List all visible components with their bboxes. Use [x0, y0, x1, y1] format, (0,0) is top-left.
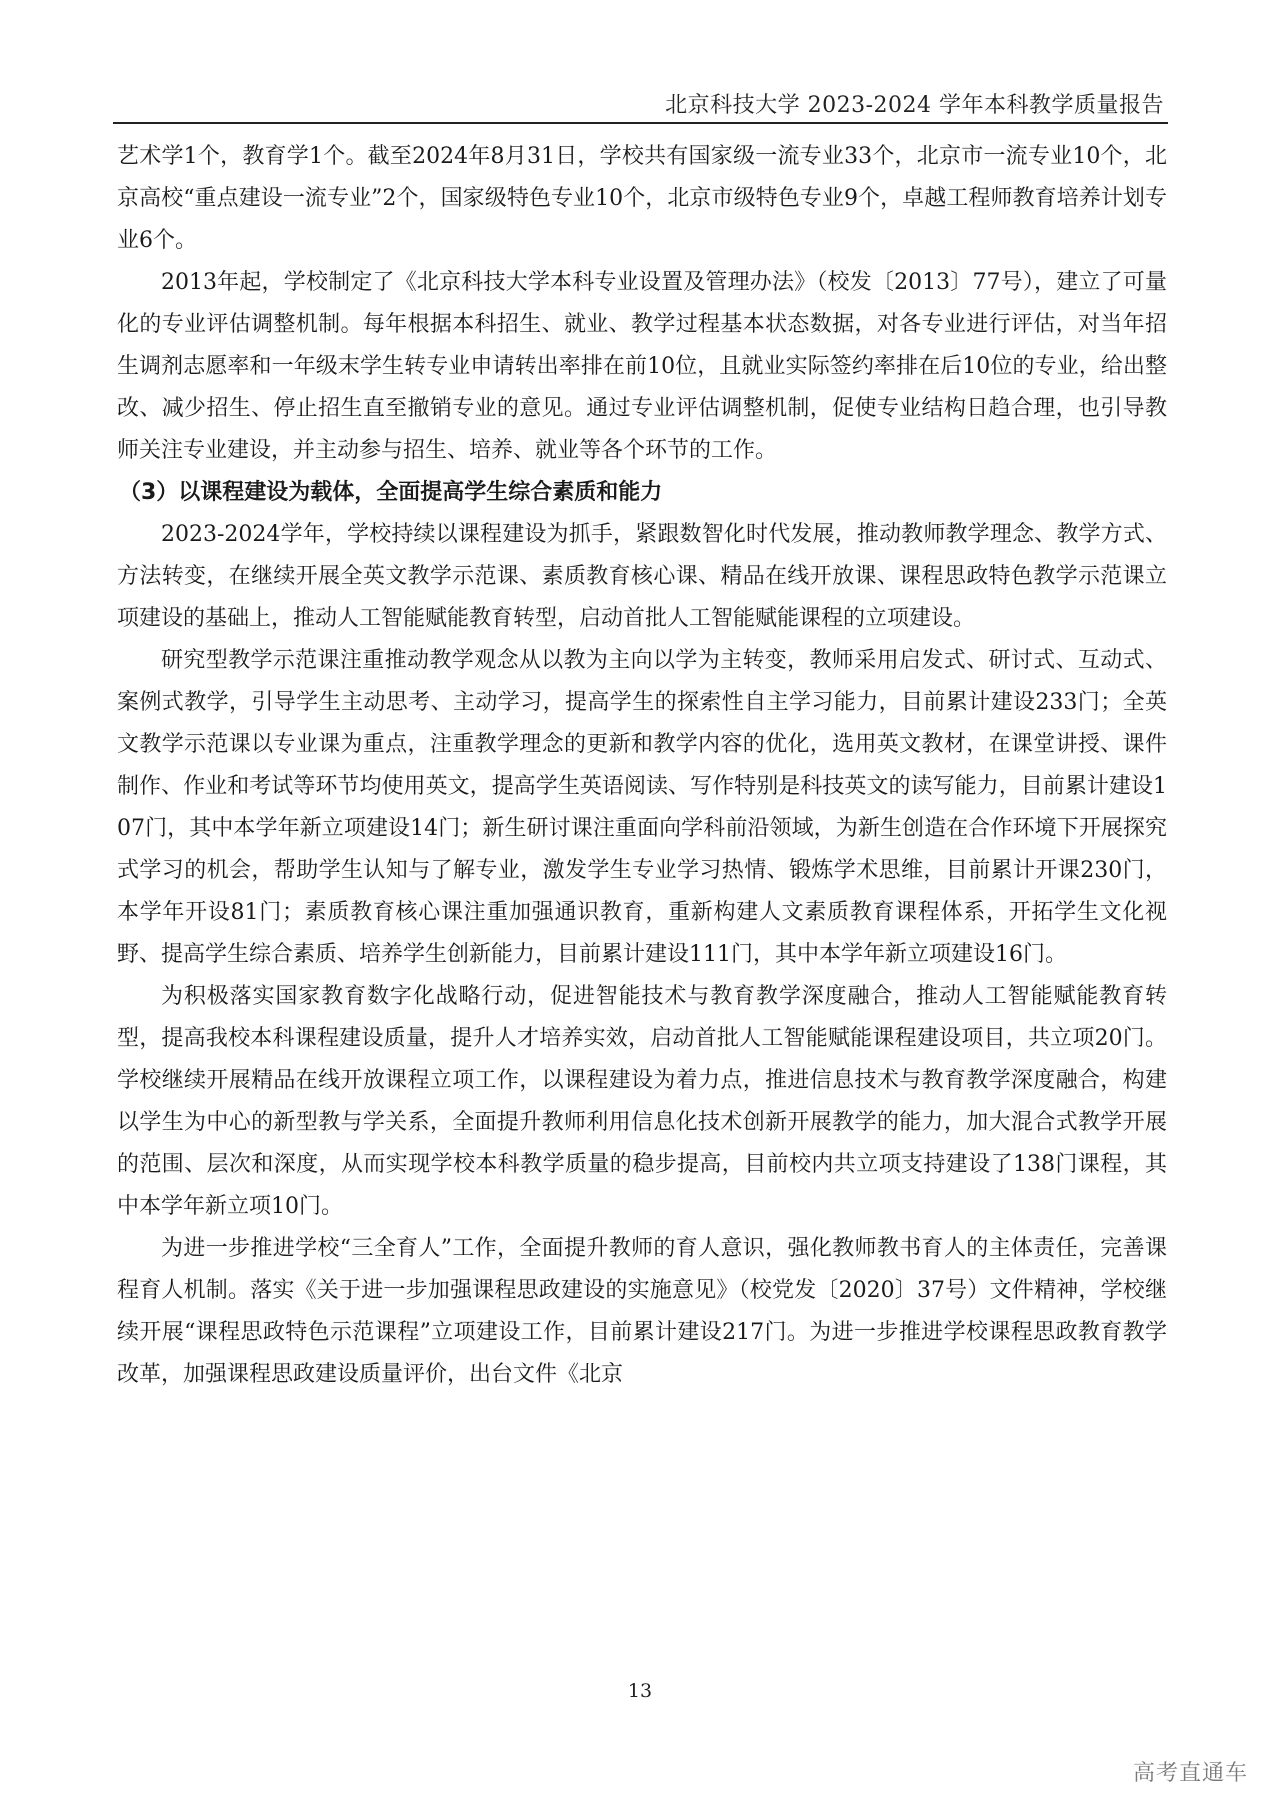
report-title: 北京科技大学 2023-2024 学年本科教学质量报告: [665, 88, 1164, 119]
paragraph-2: 2013年起，学校制定了《北京科技大学本科专业设置及管理办法》（校发〔2013〕…: [117, 262, 1167, 472]
paragraph-1: 艺术学1个，教育学1个。截至2024年8月31日，学校共有国家级一流专业33个，…: [117, 136, 1167, 262]
document-body: 艺术学1个，教育学1个。截至2024年8月31日，学校共有国家级一流专业33个，…: [117, 136, 1167, 1396]
watermark: 高考直通车: [1133, 1756, 1248, 1787]
paragraph-4: 研究型教学示范课注重推动教学观念从以教为主向以学为主转变，教师采用启发式、研讨式…: [117, 640, 1167, 976]
paragraph-3: 2023-2024学年，学校持续以课程建设为抓手，紧跟数智化时代发展，推动教师教…: [117, 514, 1167, 640]
page-header: 北京科技大学 2023-2024 学年本科教学质量报告: [113, 86, 1168, 124]
section-heading: （3）以课程建设为载体，全面提高学生综合素质和能力: [117, 472, 1167, 514]
page-number: 13: [0, 1680, 1280, 1702]
paragraph-6: 为进一步推进学校“三全育人”工作，全面提升教师的育人意识，强化教师教书育人的主体…: [117, 1228, 1167, 1396]
paragraph-5: 为积极落实国家教育数字化战略行动，促进智能技术与教育教学深度融合，推动人工智能赋…: [117, 976, 1167, 1228]
